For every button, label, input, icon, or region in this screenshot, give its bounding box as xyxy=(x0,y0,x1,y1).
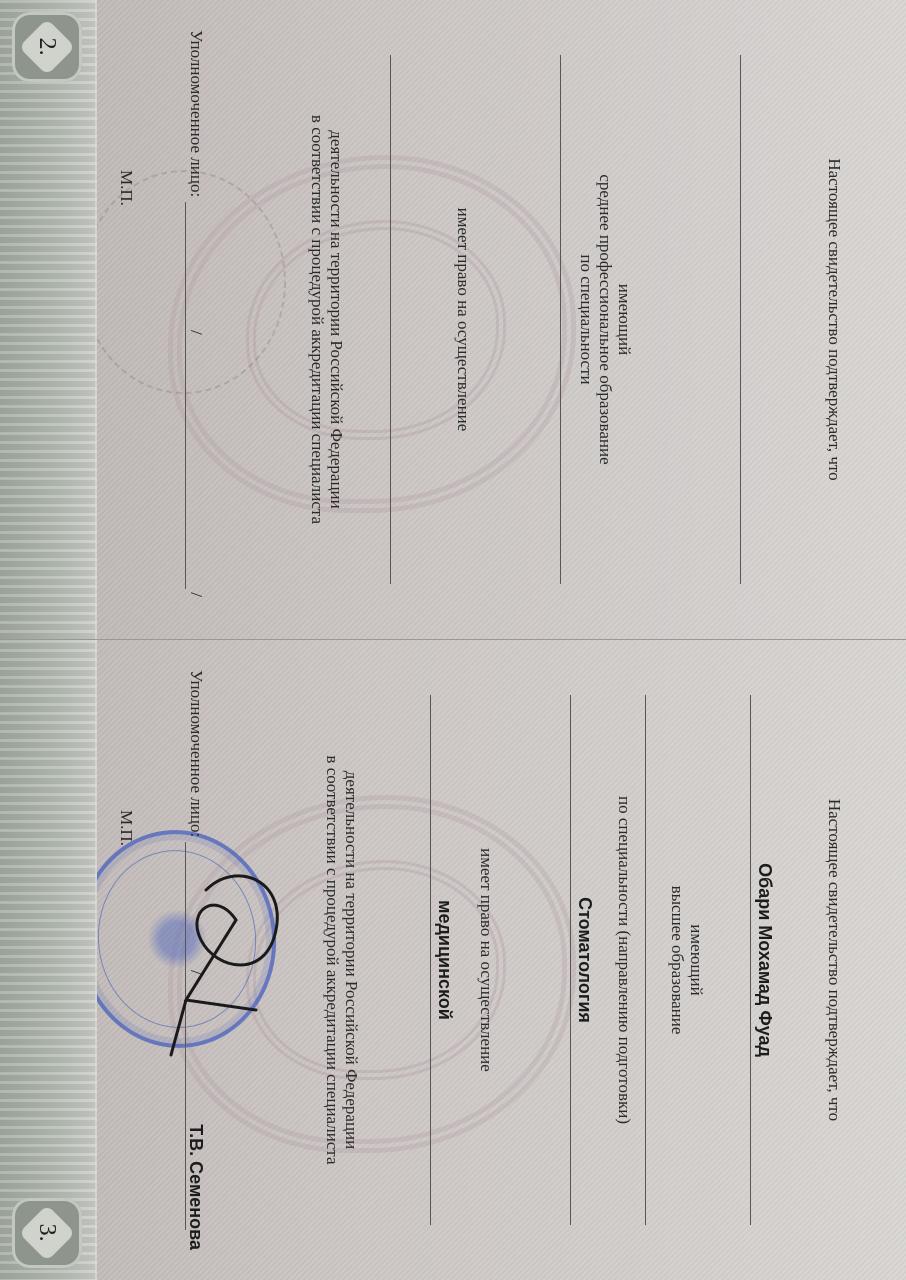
seal-placeholder-label: М.П. xyxy=(116,810,136,846)
intro-text: Настоящее свидетельство подтверждает, чт… xyxy=(825,640,844,1280)
activity-value: медицинской xyxy=(435,640,454,1280)
education-line xyxy=(645,695,646,1225)
signature-line xyxy=(185,202,186,589)
intro-text: Настоящее свидетельство подтверждает, чт… xyxy=(825,0,844,639)
procedure-text: в соответствии с процедурой аккредитации… xyxy=(323,640,342,1280)
authorized-person-label: Уполномоченное лицо: xyxy=(186,670,206,837)
page-number-badge: 2. xyxy=(12,12,82,82)
holder-name-line xyxy=(750,695,751,1225)
specialty-value: Стоматология xyxy=(575,640,594,1280)
territory-text: деятельности на территории Российской Фе… xyxy=(342,640,361,1280)
handwritten-signature xyxy=(156,850,296,1080)
page-number: 3. xyxy=(34,1224,61,1242)
separator-slash-end: / xyxy=(186,592,206,597)
decorative-border xyxy=(0,0,97,639)
signer-name: Т.В. Семенова xyxy=(185,1124,206,1250)
activity-line xyxy=(390,55,391,584)
right-label: имеет право на осуществление xyxy=(477,640,496,1280)
seal-placeholder-label: М.П. xyxy=(116,170,136,206)
decorative-border xyxy=(0,640,97,1280)
holder-name: Обари Мохамад Фуад xyxy=(755,640,774,1280)
procedure-text: в соответствии с процедурой аккредитации… xyxy=(308,0,327,639)
education-level: высшее образование xyxy=(668,640,687,1280)
having-label: имеющий xyxy=(687,640,706,1280)
page-number-diamond: 3. xyxy=(19,1205,76,1262)
having-label: имеющий xyxy=(615,0,634,639)
education-level: среднее профессиональное образование xyxy=(596,0,615,639)
separator-slash: / xyxy=(186,330,206,335)
certificate-spread: Настоящее свидетельство подтверждает, чт… xyxy=(0,0,906,1280)
holder-name-line xyxy=(740,55,741,584)
specialty-label: по специальности (направлению подготовки… xyxy=(615,640,634,1280)
territory-text: деятельности на территории Российской Фе… xyxy=(327,0,346,639)
specialty-label: по специальности xyxy=(577,0,596,639)
page-2: Настоящее свидетельство подтверждает, чт… xyxy=(0,0,906,640)
specialty-line xyxy=(560,55,561,584)
authorized-person-label: Уполномоченное лицо: xyxy=(186,30,206,197)
specialty-line xyxy=(570,695,571,1225)
activity-line xyxy=(430,695,431,1225)
page-3: Настоящее свидетельство подтверждает, чт… xyxy=(0,640,906,1280)
page-number: 2. xyxy=(34,38,61,56)
right-label: имеет право на осуществление xyxy=(454,0,473,639)
page-number-badge: 3. xyxy=(12,1198,82,1268)
page-number-diamond: 2. xyxy=(19,19,76,76)
authorized-person-row: Уполномоченное лицо: / / xyxy=(182,30,206,609)
